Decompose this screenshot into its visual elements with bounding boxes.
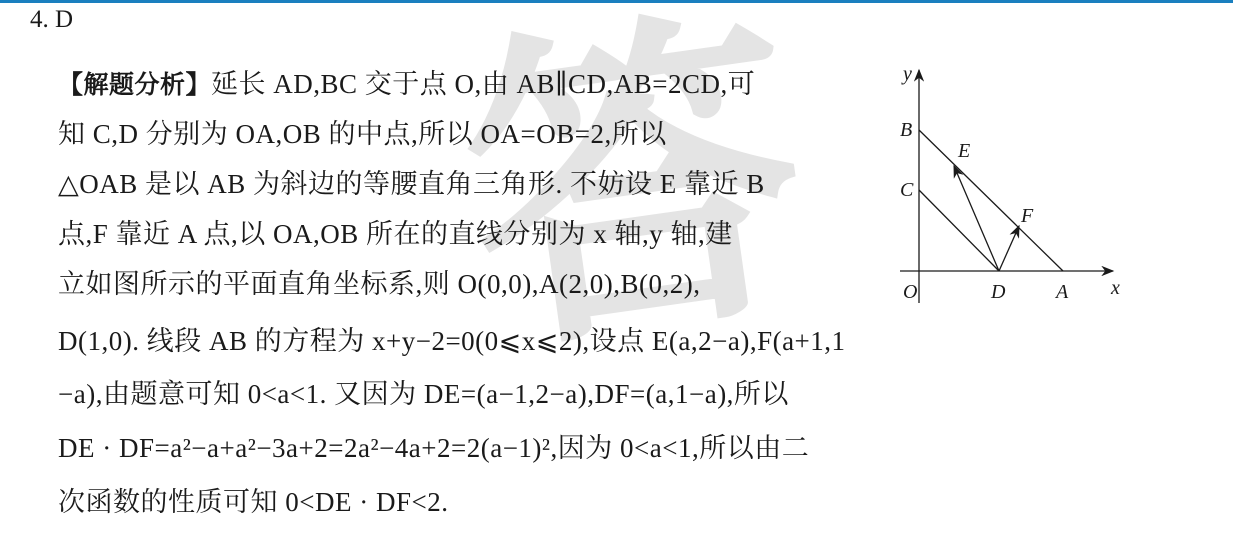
point-a-label: A [1054, 281, 1069, 303]
point-e-label: E [957, 140, 970, 162]
vector-de [954, 166, 999, 271]
vector-df [999, 226, 1019, 271]
analysis-line-8: DE · DF=a²−a+a²−3a+2=2a²−4a+2=2(a−1)²,因为… [58, 426, 809, 465]
point-c-label: C [900, 179, 914, 201]
analysis-line-2: 知 C,D 分别为 OA,OB 的中点,所以 OA=OB=2,所以 [58, 112, 667, 151]
point-f-label: F [1020, 205, 1034, 227]
analysis-line-4: 点,F 靠近 A 点,以 OA,OB 所在的直线分别为 x 轴,y 轴,建 [58, 212, 733, 251]
point-o-label: O [903, 281, 917, 303]
y-axis-label: y [901, 63, 912, 85]
coordinate-figure: y x O D A B C E F [885, 58, 1130, 308]
analysis-text-1: 延长 AD,BC 交于点 O,由 AB∥CD,AB=2CD,可 [211, 69, 755, 99]
analysis-line-6: D(1,0). 线段 AB 的方程为 x+y−2=0(0⩽x⩽2),设点 E(a… [58, 319, 846, 358]
segment-cd [919, 190, 999, 271]
analysis-line-7: −a),由题意可知 0<a<1. 又因为 DE=(a−1,2−a),DF=(a,… [58, 372, 789, 411]
analysis-line-3: △OAB 是以 AB 为斜边的等腰直角三角形. 不妨设 E 靠近 B [58, 162, 765, 201]
answer-label: 4. D [30, 6, 73, 34]
analysis-line-5: 立如图所示的平面直角坐标系,则 O(0,0),A(2,0),B(0,2), [58, 262, 700, 301]
point-b-label: B [900, 119, 912, 141]
x-axis-label: x [1110, 277, 1120, 299]
segment-ab [919, 130, 1063, 271]
point-d-label: D [990, 281, 1006, 303]
analysis-line-1: 【解题分析】延长 AD,BC 交于点 O,由 AB∥CD,AB=2CD,可 [58, 62, 755, 101]
analysis-tag: 【解题分析】 [58, 70, 211, 99]
analysis-line-9: 次函数的性质可知 0<DE · DF<2. [58, 480, 448, 519]
